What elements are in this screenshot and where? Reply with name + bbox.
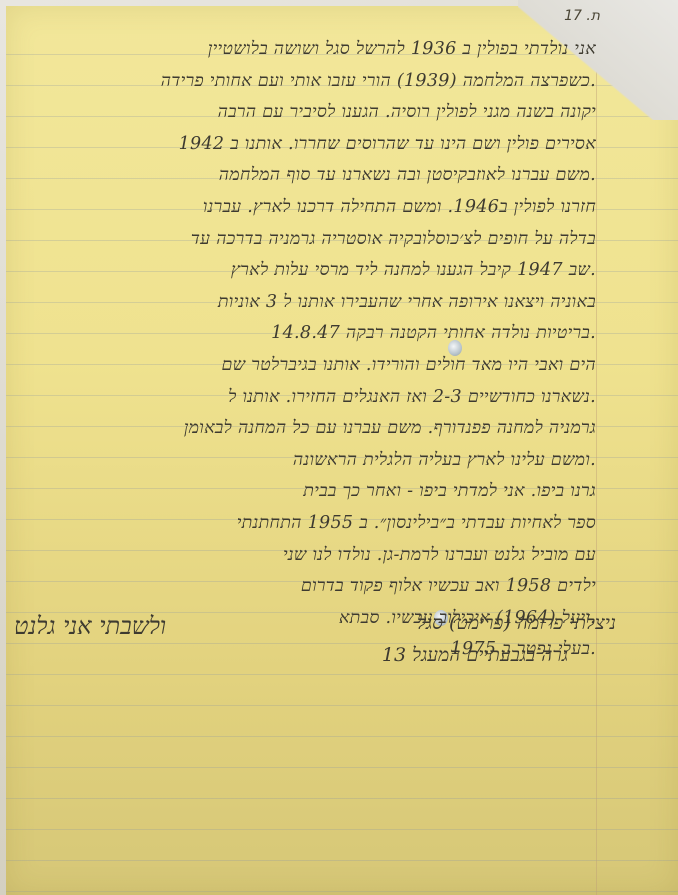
text-line: בדלה על חופים לצ׳כוסלובקיה אוסטריה גרמני… [14,224,596,256]
text-line: ילדים 1958 ואב עכשיו אלוף פקוד בדרום [14,571,596,603]
text-line: .בריטיות נולדה אחותי הקטנה רבקה 14.8.47 [14,318,596,350]
text-line: .ומשם עלינו לארץ בעליה הלגלית הראשונה [14,445,596,477]
text-line: .כשפרצה המלחמה (1939) הורי עזבו אותי ועם… [14,66,596,98]
signature-name: ניצלתי פרומה (פרימט) סגל [417,612,616,634]
text-line: גרמניה למחנה פפנדורף. משם עברנו עם כל המ… [14,413,596,445]
text-line: אסירים פולין ושם הינו עד שהרוסים שחררו. … [14,129,596,161]
text-line: יקונה בשנה מגני לפולין רוסיה. הגענו לסיב… [14,97,596,129]
text-line: .נשארנו כחודשיים 2-3 ואז האנגלים החזירו.… [14,382,596,414]
text-line: .משם עברנו לאוזבקיסטן ובה נשארנו עד סוף … [14,160,596,192]
text-line: באוניה ויצאנו אירופה אחרי שהעבירו אותנו … [14,287,596,319]
text-line: אני נולדתי בפולין ב 1936 להרשל סגל ושושה… [14,34,596,66]
signature-married-name: ולשבתי אני גלנט [14,612,166,641]
handwritten-text-block: אני נולדתי בפולין ב 1936 להרשל סגל ושושה… [14,34,596,666]
signature-address: גרה בגבעתיים המעגל 13 [14,644,568,667]
text-line: עם מוביל גלנט ועברנו לרמת-גן. נולדו לנו … [14,540,596,572]
page-number: 17 .ת [564,8,600,24]
signature-line-1: ניצלתי פרומה (פרימט) סגל ולשבתי אני גלנט [14,612,616,635]
text-line: .שב 1947 קיבל הגענו למחנה ליד מרסי עלות … [14,255,596,287]
text-line: ספר לאחיות עבדתי ב״בילינסון״. ב 1955 התח… [14,508,596,540]
text-line: הים ואבי היו מאד חולים והורידו. אותנו בג… [14,350,596,382]
margin-line [596,6,597,895]
text-line: גרנו ביפו. אני למדתי ביפו - ואחר כך בבית [14,476,596,508]
text-line: חזרנו לפולין ב1946. ומשם התחילה דרכנו לא… [14,192,596,224]
